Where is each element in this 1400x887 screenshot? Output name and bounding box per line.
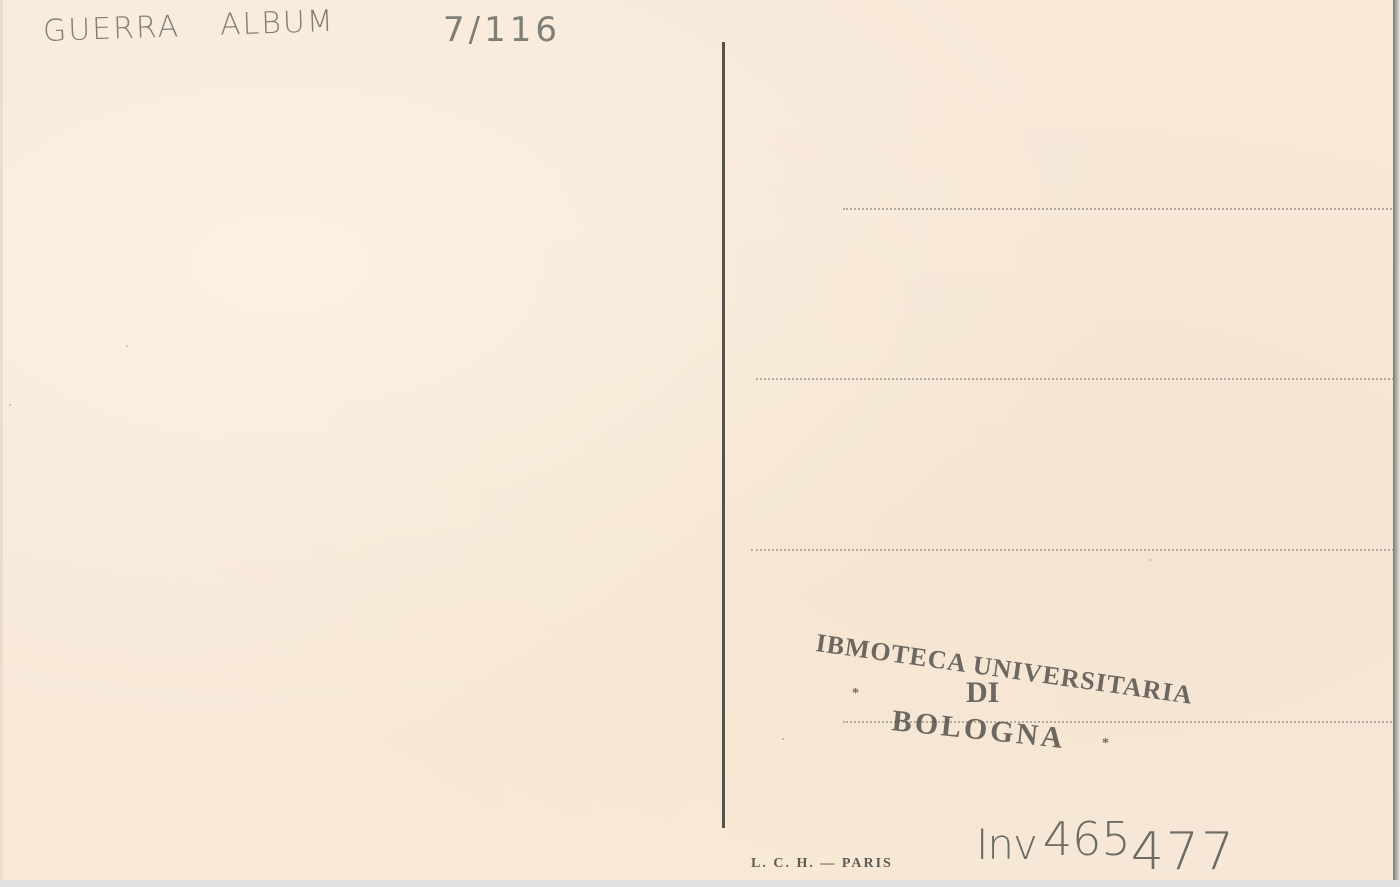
stamp-middle-text: DI: [966, 676, 999, 710]
annotation-word-guerra: GUERRA: [42, 9, 180, 49]
stamp-star-icon: *: [852, 686, 859, 702]
pencil-annotation-title: GUERRAALBUM: [42, 2, 375, 49]
address-line-2: [756, 378, 1394, 380]
paper-speck: [126, 345, 128, 347]
inventory-number-part-2: 477: [1131, 822, 1236, 882]
inventory-number-part-1: 465: [1043, 812, 1131, 866]
stamp-star-icon: *: [1102, 736, 1109, 752]
address-line-1: [843, 208, 1395, 210]
vertical-divider: [722, 42, 725, 828]
scan-edge-right: [1393, 0, 1400, 880]
inventory-label: Inv: [976, 820, 1037, 869]
paper-speck: [782, 738, 784, 740]
paper-speck: [1149, 559, 1151, 561]
stamp-arc-text: IBMOTECA UNIVERSITARIA: [814, 628, 1195, 711]
printer-mark: L. C. H. — PARIS: [751, 856, 893, 872]
scan-edge-bottom: [0, 880, 1400, 887]
postcard-back: GUERRAALBUM 7/116 IBMOTECA UNIVERSITARIA…: [0, 0, 1394, 880]
paper-speck: [9, 404, 11, 406]
annotation-word-album: ALBUM: [219, 4, 335, 43]
library-stamp: IBMOTECA UNIVERSITARIA DI BOLOGNA * *: [808, 608, 1188, 768]
stamp-city: BOLOGNA: [890, 704, 1067, 756]
inventory-number: Inv465477: [976, 812, 1236, 872]
pencil-annotation-reference: 7/116: [443, 10, 561, 50]
address-line-3: [751, 549, 1394, 551]
